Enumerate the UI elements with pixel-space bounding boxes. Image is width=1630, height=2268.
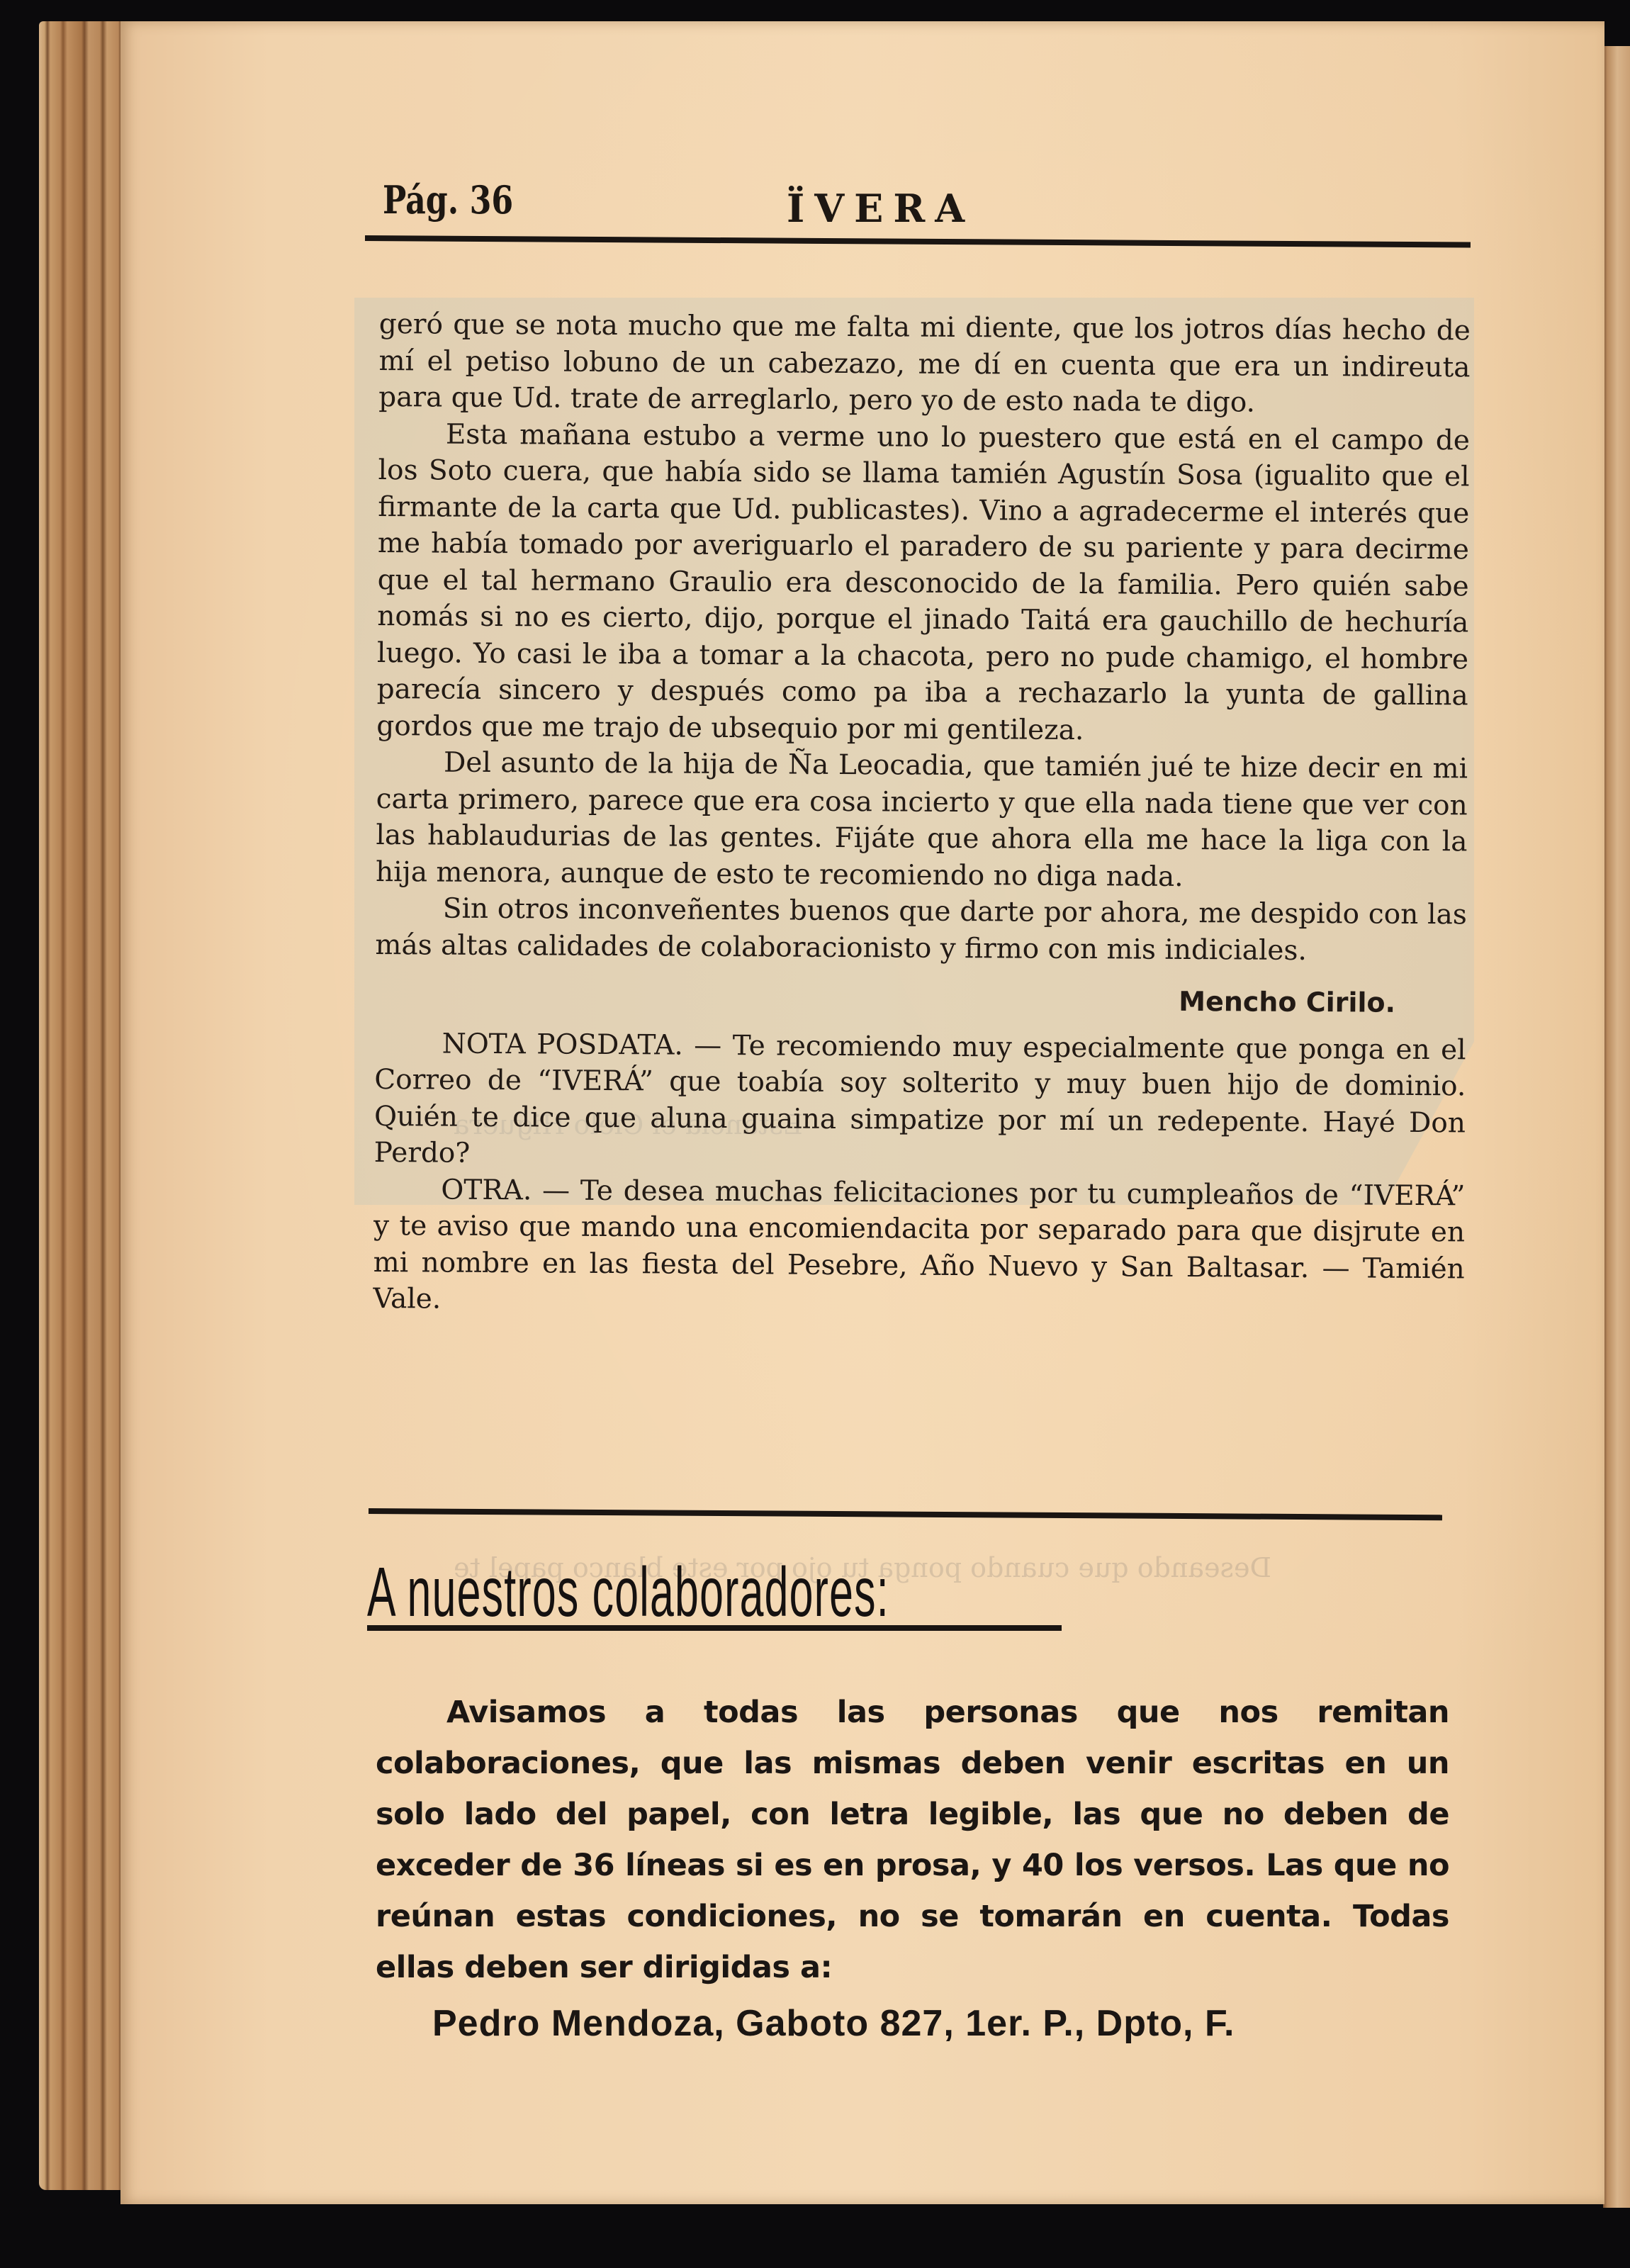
- letter-signature: Mencho Cirilo.: [375, 979, 1395, 1021]
- page-number: Pág. 36: [383, 177, 513, 223]
- notice-heading: A nuestros colaboradores:: [367, 1552, 889, 1632]
- letter-body: geró que se nota mucho que me falta mi d…: [373, 306, 1471, 1324]
- letter-paragraph: Del asunto de la hija de Ña Leocadia, qu…: [376, 744, 1468, 897]
- postscript: OTRA. — Te desea muchas felicitaciones p…: [373, 1171, 1465, 1323]
- postscript: NOTA POSDATA. — Te recomiendo muy especi…: [374, 1025, 1466, 1177]
- book-page-edges: [39, 21, 124, 2190]
- letter-paragraph: Sin otros inconveñentes buenos que darte…: [375, 890, 1467, 970]
- letter-paragraph: Esta mañana estubo a verme uno lo pueste…: [376, 415, 1470, 751]
- notice-paragraph: Avisamos a todas las personas que nos re…: [376, 1687, 1449, 1993]
- heading-underline: [367, 1625, 1062, 1631]
- next-page-edge: [1603, 46, 1630, 2208]
- notice-address: Pedro Mendoza, Gaboto 827, 1er. P., Dpto…: [432, 2002, 1235, 2045]
- letter-paragraph: geró que se nota mucho que me falta mi d…: [378, 306, 1471, 422]
- magazine-title: ÏVERA: [787, 186, 974, 231]
- notice-body: Avisamos a todas las personas que nos re…: [376, 1687, 1449, 1993]
